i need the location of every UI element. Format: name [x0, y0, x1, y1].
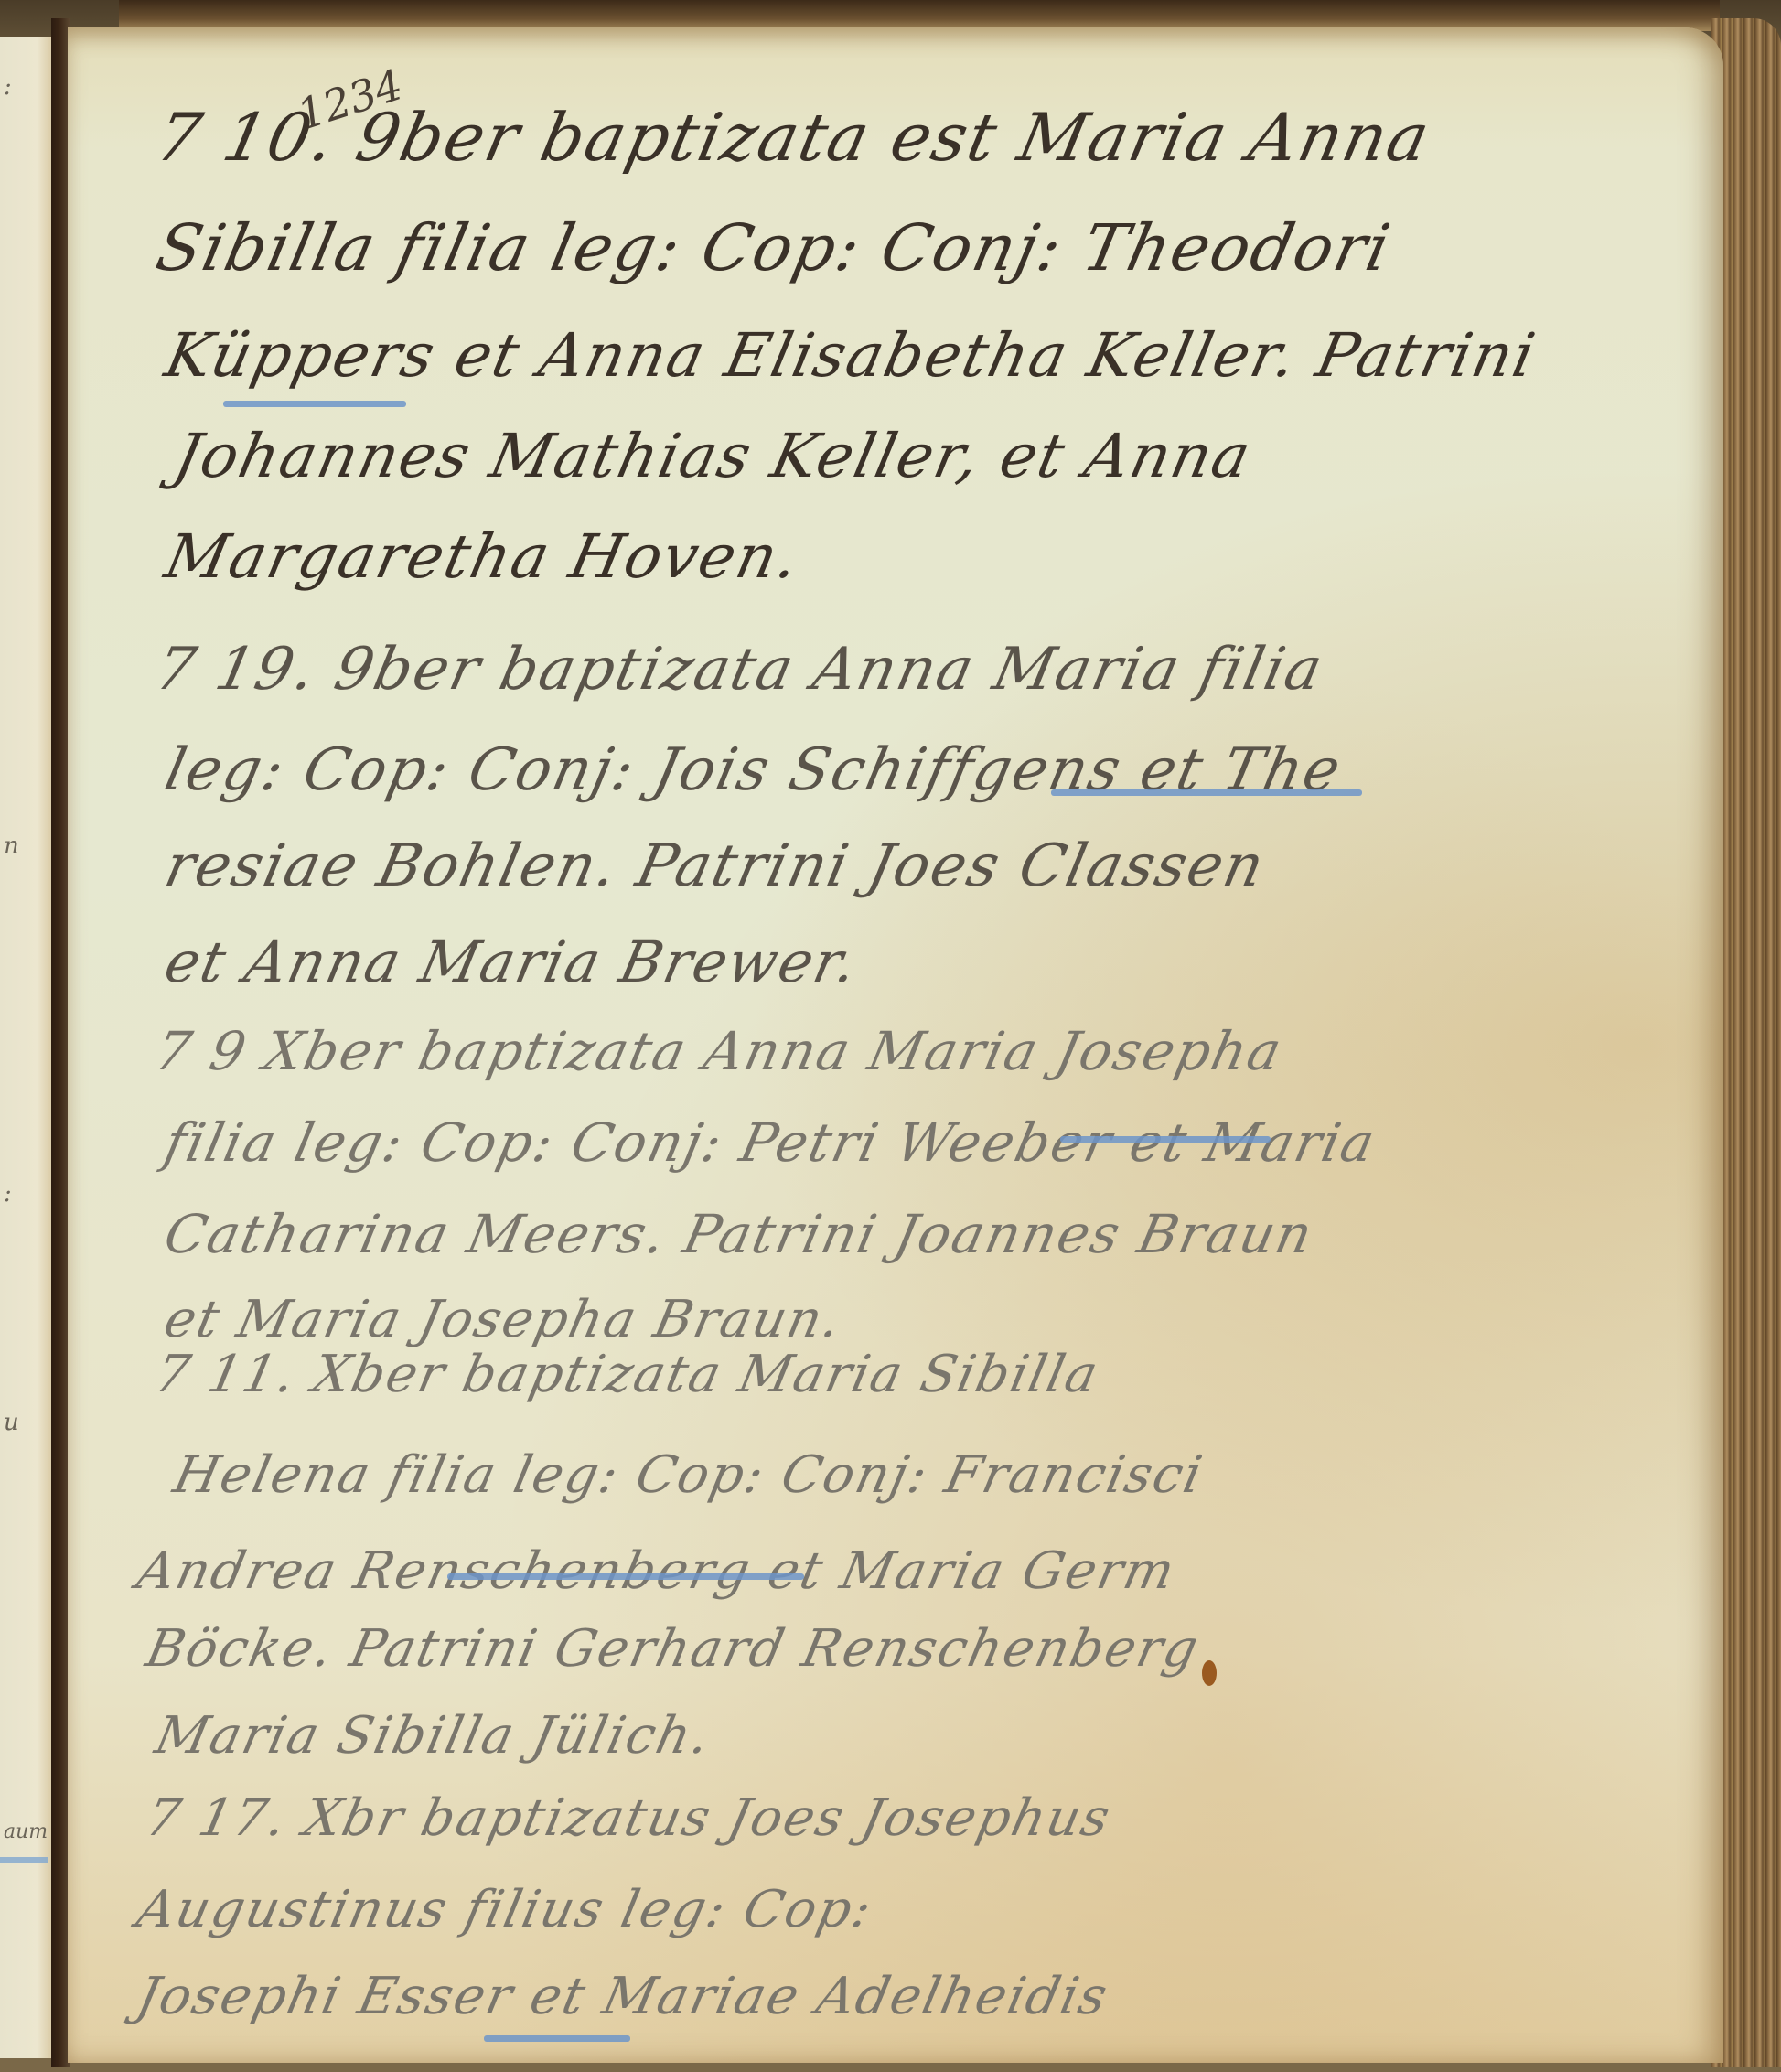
ink-stain [1202, 1660, 1217, 1686]
entry-line: Augustinus filius leg: Cop: [132, 1880, 878, 1939]
entry-line: Margaretha Hoven. [159, 521, 807, 592]
entry-line: 7 9 Xber baptizata Anna Maria Josepha [150, 1020, 1288, 1082]
entry-line: et Maria Josepha Braun. [159, 1290, 847, 1349]
document-scan: : n : u aum 1234 7 10. 9ber baptizata es… [0, 0, 1781, 2072]
surname-underline [223, 401, 406, 407]
margin-fragment: : [4, 1180, 12, 1208]
entry-line: resiae Bohlen. Patrini Joes Classen [159, 832, 1271, 900]
entry-line: Josephi Esser et Mariae Adelheidis [132, 1967, 1114, 2026]
entry-line: 7 10. 9ber baptizata est Maria Anna [150, 99, 1437, 176]
margin-fragment: aum [4, 1820, 48, 1843]
entry-line: Helena filia leg: Cop: Conj: Francisci [168, 1445, 1208, 1505]
entry-line: 7 11. Xber baptizata Maria Sibilla [150, 1345, 1104, 1404]
book-gutter [51, 18, 70, 2067]
entry-line: et Anna Maria Brewer. [159, 929, 864, 995]
entry-line: Andrea Renschenberg et Maria Germ [132, 1541, 1181, 1601]
entry-line: Maria Sibilla Jülich. [150, 1706, 716, 1766]
margin-fragment: : [4, 73, 12, 101]
surname-underline [447, 1573, 804, 1580]
surname-underline [1051, 789, 1362, 796]
entry-line: filia leg: Cop: Conj: Petri Weeber et Ma… [159, 1111, 1381, 1174]
margin-fragment: n [4, 832, 19, 860]
surname-underline [484, 2035, 630, 2042]
margin-fragment: u [4, 1409, 19, 1436]
entry-line: 7 17. Xbr baptizatus Joes Josephus [141, 1788, 1117, 1848]
book-top-edge [119, 0, 1720, 31]
entry-line: 7 19. 9ber baptizata Anna Maria filia [150, 636, 1329, 703]
register-page: 1234 7 10. 9ber baptizata est Maria Anna… [68, 27, 1723, 2063]
previous-page-edge: : n : u aum [0, 37, 55, 2058]
entry-line: Böcke. Patrini Gerhard Renschenberg [141, 1619, 1205, 1679]
entry-line: Sibilla filia leg: Cop: Conj: Theodori [150, 210, 1398, 285]
surname-underline [1060, 1136, 1271, 1143]
entry-line: Johannes Mathias Keller, et Anna [168, 421, 1258, 491]
entry-line: Catharina Meers. Patrini Joannes Braun [159, 1203, 1319, 1265]
entry-line: Küppers et Anna Elisabetha Keller. Patri… [159, 320, 1542, 391]
pencil-underline [0, 1857, 48, 1863]
